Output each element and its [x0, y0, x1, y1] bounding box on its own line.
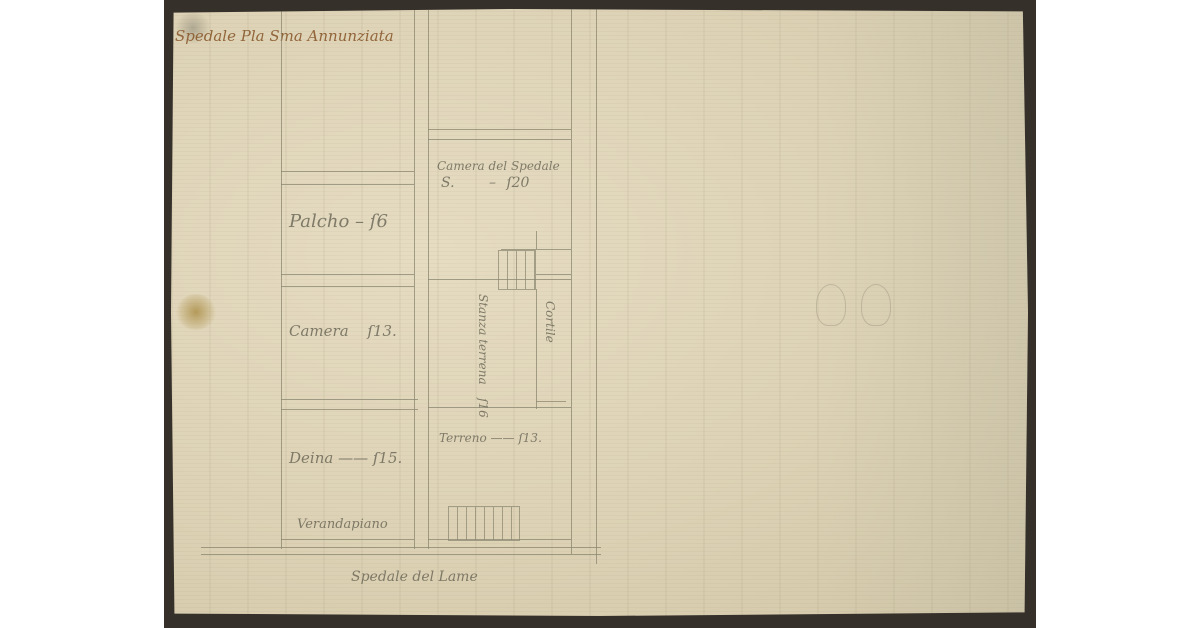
- partition: [428, 129, 571, 130]
- partition: [281, 539, 414, 540]
- baseline: [201, 547, 601, 548]
- room-label-camera-spedale: Camera del Spedale: [437, 159, 560, 173]
- water-stain: [176, 294, 216, 330]
- footer-label: Spedale del Lame: [351, 569, 478, 585]
- partition: [281, 171, 414, 172]
- room-label-deina: Deina —— ſ15.: [289, 449, 402, 467]
- partition: [428, 139, 571, 140]
- staircase-upper: [498, 250, 536, 290]
- faint-sketch-right: [861, 284, 891, 326]
- step-marker: [536, 401, 566, 402]
- room-label-camera: Camera ſ13.: [289, 322, 397, 340]
- room-label-palcho: Palcho – ſ6: [289, 211, 388, 232]
- wall-right: [571, 9, 572, 554]
- room-label-terreno: Terreno —— ſ13.: [439, 431, 542, 445]
- partition: [281, 286, 414, 287]
- wall-left: [281, 9, 282, 549]
- room-label-camera-spedale-value: S. – ſ20: [441, 175, 529, 191]
- room-label-stanza-terrena: Stanza terrena ſ16: [476, 294, 490, 418]
- partition: [536, 289, 537, 409]
- partition: [428, 407, 571, 408]
- header-title: Spedale Pla Sma Annunziata: [175, 27, 394, 45]
- manuscript-page: Spedale Pla Sma Annunziata Palcho – ſ6 C…: [171, 9, 1028, 616]
- partition: [281, 184, 414, 185]
- wall-outer-right: [596, 9, 597, 564]
- partition: [281, 409, 418, 410]
- room-label-verandapiano: Verandapiano: [297, 517, 388, 532]
- wall-mid-left: [414, 9, 415, 549]
- partition: [281, 399, 418, 400]
- faint-sketch-left: [816, 284, 846, 326]
- partition: [536, 231, 537, 249]
- staircase-lower: [448, 506, 520, 541]
- room-label-cortile: Cortile: [543, 301, 557, 343]
- baseline: [201, 554, 601, 555]
- partition: [281, 274, 414, 275]
- partition: [536, 274, 571, 275]
